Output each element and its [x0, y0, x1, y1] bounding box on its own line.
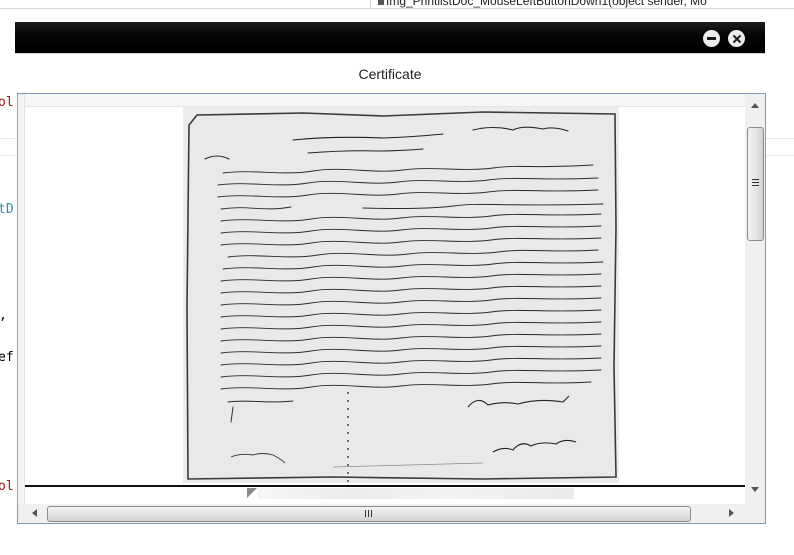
horizontal-scroll-thumb[interactable]	[47, 506, 691, 522]
scroll-up-arrow-icon[interactable]	[751, 103, 759, 108]
ide-divider	[370, 0, 371, 8]
certificate-dialog: Certificate	[15, 22, 765, 528]
next-page-preview	[258, 488, 574, 499]
document-scroll-viewer[interactable]	[17, 93, 766, 524]
vertical-scroll-thumb[interactable]	[747, 127, 764, 241]
page-separator	[25, 485, 745, 487]
dialog-titlebar[interactable]	[15, 22, 765, 54]
viewer-top-edge	[18, 94, 745, 107]
grip-icon	[752, 179, 759, 186]
vertical-scrollbar[interactable]	[745, 94, 765, 504]
ide-line	[765, 155, 794, 156]
ide-line	[0, 138, 15, 139]
ide-code-fragment: ef	[0, 350, 14, 365]
ide-code-fragment: ,	[0, 308, 7, 323]
horizontal-scrollbar[interactable]	[18, 504, 745, 523]
minimize-button[interactable]	[703, 30, 720, 47]
ide-line	[765, 138, 794, 139]
ide-method-signature[interactable]: Img_PrintlistDoc_MouseLeftButtonDown1(ob…	[378, 0, 707, 8]
ide-line	[0, 155, 15, 156]
close-button[interactable]	[728, 30, 745, 47]
scrollbar-corner	[745, 504, 765, 523]
certificate-document-image	[183, 107, 619, 483]
grip-icon	[365, 510, 373, 517]
page-corner-marker-icon	[247, 488, 257, 498]
viewer-left-edge	[18, 94, 25, 504]
scroll-down-arrow-icon[interactable]	[751, 487, 759, 492]
ide-code-fragment: ol	[0, 95, 14, 110]
ide-code-fragment: ol	[0, 479, 14, 494]
dialog-title: Certificate	[15, 66, 765, 82]
scroll-right-arrow-icon[interactable]	[729, 509, 734, 517]
scroll-left-arrow-icon[interactable]	[32, 509, 37, 517]
ide-code-fragment: tD	[0, 202, 14, 217]
lock-icon	[378, 0, 384, 5]
